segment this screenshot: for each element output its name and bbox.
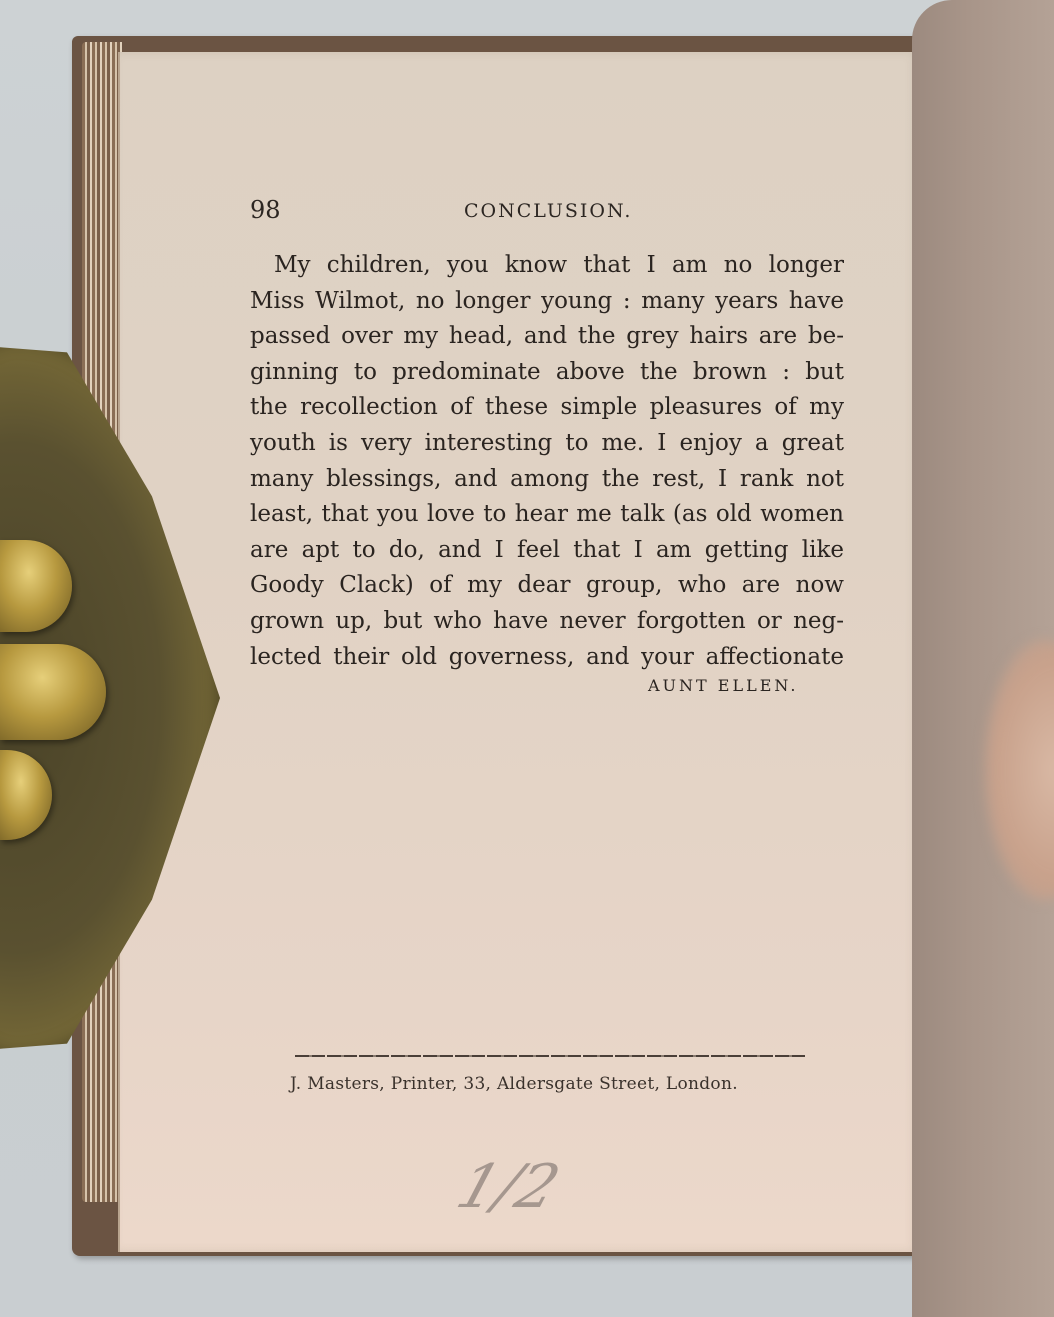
pencil-annotation: 1/2 (449, 1152, 568, 1222)
text-line: least, that you love to hear me talk (as… (250, 497, 844, 533)
text-line: Miss Wilmot, no longer young : many year… (250, 284, 844, 320)
text-line: My children, you know that I am no longe… (250, 248, 844, 284)
text-line: ginning to predominate above the brown :… (250, 355, 844, 391)
book-page: 98 CONCLUSION. My children, you know tha… (118, 52, 920, 1252)
text-line: passed over my head, and the grey hairs … (250, 319, 844, 355)
text-line: many blessings, and among the rest, I ra… (250, 462, 844, 498)
signature: AUNT ELLEN. (648, 676, 798, 695)
text-line: lected their old governess, and your aff… (250, 640, 844, 676)
text-line: the recollection of these simple pleasur… (250, 390, 844, 426)
page-number: 98 (250, 196, 281, 224)
body-text: My children, you know that I am no longe… (250, 248, 844, 675)
text-line: Goody Clack) of my dear group, who are n… (250, 568, 844, 604)
text-line: grown up, but who have never forgotten o… (250, 604, 844, 640)
printer-imprint: J. Masters, Printer, 33, Aldersgate Stre… (290, 1074, 738, 1094)
divider-rule (295, 1055, 807, 1057)
running-head: CONCLUSION. (464, 200, 632, 222)
text-line: youth is very interesting to me. I enjoy… (250, 426, 844, 462)
brass-finger-icon (0, 644, 106, 740)
text-line: are apt to do, and I feel that I am gett… (250, 533, 844, 569)
